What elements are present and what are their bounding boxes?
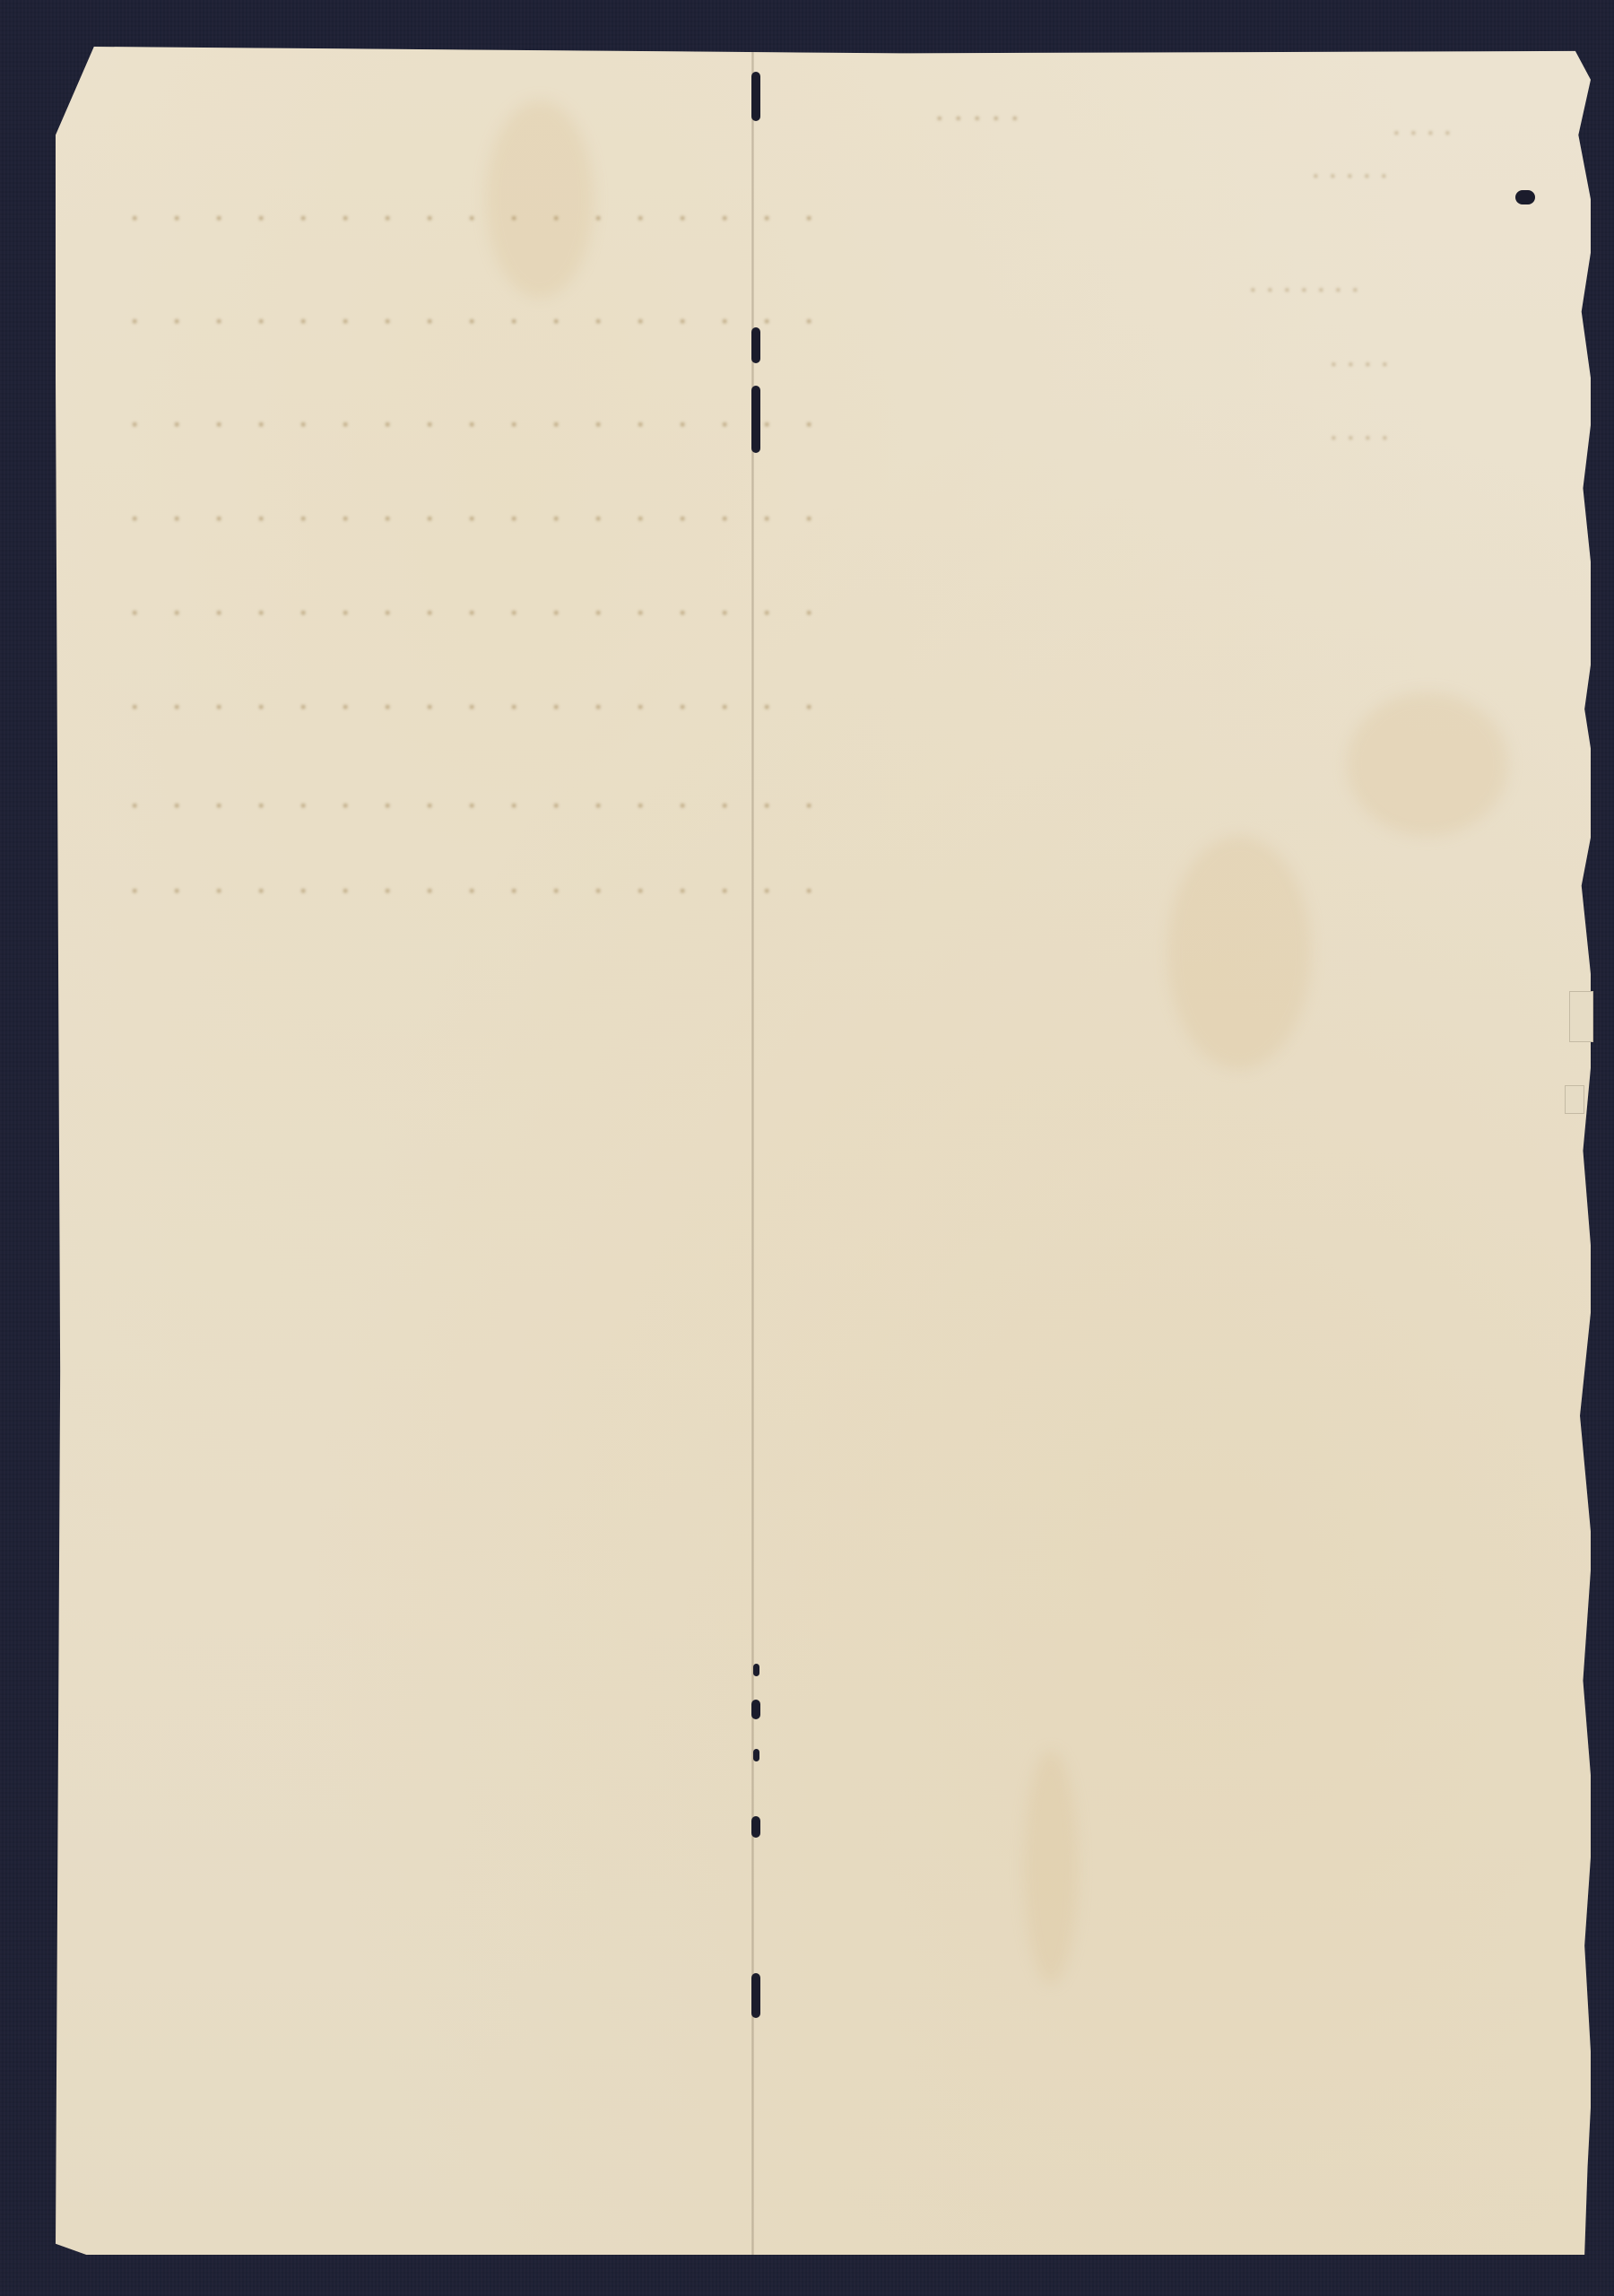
bleed-through-line: · · · · · · · · · · · · · · · · · (118, 688, 814, 727)
torn-edge-fragment (1565, 1085, 1584, 1114)
bleed-through-line: · · · · · · · · · · · · · · · · · (118, 500, 814, 539)
torn-edge-fragment (1569, 991, 1593, 1042)
edge-damage-mark (1515, 190, 1535, 204)
fold-damage-mark (751, 1700, 760, 1719)
bleed-through-line: · · · · · · · · · · · · · · · · · (118, 302, 814, 342)
fold-damage-mark (751, 327, 760, 363)
bleed-through-margin-note: · · · · (1329, 350, 1389, 380)
bleed-through-line: · · · · · · · · · · · · · · · · · (118, 199, 814, 239)
bleed-through-line: · · · · · · · · · · · · · · · · · (118, 405, 814, 445)
bleed-through-margin-note: · · · · (1329, 423, 1389, 454)
foxing-stain (1347, 692, 1508, 836)
bleed-through-line: · · · · · · · · · · · · · · · · · (118, 787, 814, 826)
foxing-stain (1167, 836, 1311, 1069)
bleed-through-margin-note: · · · · · · · (1248, 275, 1359, 306)
fold-damage-mark (751, 1816, 760, 1838)
fold-damage-mark (753, 1664, 759, 1676)
fold-damage-mark (751, 1973, 760, 2018)
bleed-through-heading: · · · · · (934, 102, 1020, 136)
manuscript-sheet: · · · · · · · · · · · · · · · · · · · · … (56, 47, 1591, 2255)
bleed-through-margin-note: · · · · · (1311, 161, 1388, 192)
bleed-through-line: · · · · · · · · · · · · · · · · · (118, 594, 814, 633)
foxing-stain (1024, 1751, 1078, 1984)
bleed-through-line: · · · · · · · · · · · · · · · · · (118, 872, 814, 911)
fold-damage-mark (751, 72, 760, 121)
fold-damage-mark (751, 386, 760, 453)
fold-damage-mark (753, 1749, 759, 1761)
center-fold-line (751, 47, 754, 2255)
bleed-through-margin-note: · · · · (1392, 118, 1452, 149)
